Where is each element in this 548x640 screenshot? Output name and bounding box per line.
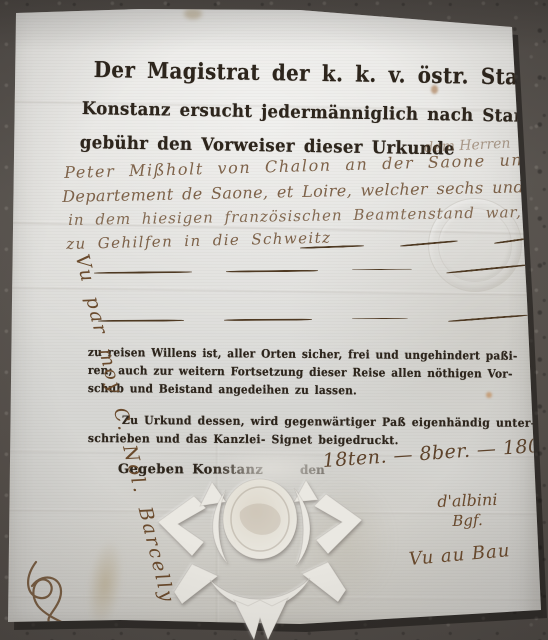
heading-line-3: gebühr den Vorweiser dieser Urkunde	[80, 133, 455, 160]
embossed-paper-seal	[148, 472, 372, 640]
signature-official-title: Bgf.	[452, 511, 483, 530]
handwritten-line-1: Peter Mißholt von Chalon an der Saone un…	[64, 148, 548, 182]
visa-note-right: Vu au Bau	[408, 540, 511, 570]
ink-dash	[448, 314, 528, 322]
ink-dash-row	[300, 239, 534, 249]
attestation-line-2: schrieben und das Kanzlei- Signet beiged…	[88, 431, 399, 447]
seal-left-chevron	[158, 496, 206, 556]
attestation-line-1: Zu Urkund dessen, wird gegenwärtiger Paß…	[122, 413, 536, 430]
seal-bottom-points	[234, 598, 288, 640]
body-line-3: schub und Beistand angedeihen zu lassen.	[88, 381, 357, 397]
fold-crease	[0, 220, 548, 235]
body-line-2: ren; auch zur weitern Fortsetzung dieser…	[88, 363, 513, 381]
paper-stain	[431, 85, 438, 94]
ink-dash	[98, 319, 184, 322]
fold-crease	[0, 99, 548, 113]
ink-dash	[400, 240, 458, 247]
handwritten-date: 18ten. — 8ber. — 1808.	[322, 433, 548, 472]
ink-dash-row	[98, 317, 528, 322]
blind-emboss-inner-ring	[438, 208, 512, 282]
photo-of-historic-passport: Der Magistrat der k. k. v. östr. Stadt K…	[0, 0, 548, 640]
blind-emboss-round-stamp	[428, 198, 522, 292]
handwritten-line-3: in dem hiesigen französischen Beamtensta…	[68, 202, 548, 229]
ink-dash	[352, 269, 412, 271]
ink-dash	[224, 319, 312, 322]
ink-dash	[300, 245, 364, 249]
fold-crease	[0, 449, 548, 459]
ink-dash	[94, 271, 192, 274]
signature-official: d'albini	[437, 490, 498, 511]
ink-dash	[352, 318, 408, 319]
body-line-1: zu reisen Willens ist, aller Orten siche…	[88, 345, 518, 363]
fold-crease	[0, 285, 548, 297]
handwritten-line-2: Departement de Saone, et Loire, welcher …	[62, 176, 548, 206]
heading-line-2: Konstanz ersucht jedermänniglich nach St…	[82, 99, 548, 127]
ink-dash-row	[94, 267, 530, 274]
seal-se-spike	[302, 562, 346, 602]
ink-dash	[226, 270, 318, 273]
seal-right-chevron	[314, 494, 362, 554]
paper-stain	[486, 392, 492, 398]
handwritten-line-4: zu Gehilfen in die Schweitz	[66, 229, 332, 253]
ink-dash	[446, 264, 530, 274]
heading-line-1: Der Magistrat der k. k. v. östr. Stadt	[94, 57, 543, 91]
handwritten-insert-after-heading: dem Herren	[424, 135, 511, 155]
paper-stain	[184, 8, 202, 19]
seal-ray	[294, 480, 318, 502]
seal-sw-spike	[174, 564, 218, 604]
